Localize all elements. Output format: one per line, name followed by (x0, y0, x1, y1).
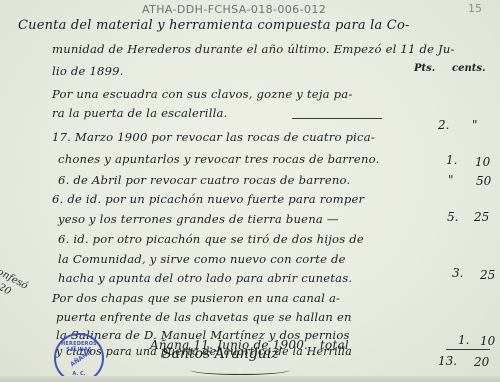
entry-line-3: 17. Marzo 1900 por revocar las rocas de … (52, 130, 375, 144)
amount-2-centimos: 10 (475, 155, 490, 169)
amount-3-pesetas: " (448, 173, 454, 187)
entry-line-5: 6. de Abril por revocar cuatro rocas de … (58, 173, 350, 187)
amount-5-pesetas: 3. (452, 266, 463, 280)
total-label: total (320, 338, 349, 352)
signature: Santos Aranguiz (162, 346, 279, 362)
total-rule (446, 349, 490, 350)
amount-5-centimos: 25 (480, 268, 495, 282)
amount-1-centimos: " (472, 118, 478, 132)
amount-2-pesetas: 1. (446, 153, 457, 167)
amount-4-pesetas: 5. (447, 210, 458, 224)
entry-line-7: yeso y los terrones grandes de tierra bu… (58, 212, 339, 226)
heading-line-1: Cuenta del material y herramienta compue… (18, 18, 410, 33)
stamp-bottom-text: A. C. (56, 371, 102, 377)
archive-stamp: HEREDEROS SALINAS AÑANA A. C. (54, 333, 104, 382)
entry-line-11: Por dos chapas que se pusieron en una ca… (52, 291, 340, 305)
heading-line-3: lio de 1899. (52, 64, 124, 78)
amount-3-centimos: 50 (476, 174, 491, 188)
entry-line-9: la Comunidad, y sirve como nuevo con cor… (58, 252, 346, 266)
column-header-pesetas: Pts. (414, 63, 435, 74)
amount-6-centimos: 10 (480, 334, 495, 348)
folio-number: 15 (468, 2, 482, 15)
entry-line-4: chones y apuntarlos y revocar tres rocas… (58, 152, 379, 166)
total-centimos: 20 (474, 355, 489, 369)
document-page: ATHA-DDH-FCHSA-018-006-012 15 Cuenta del… (0, 0, 500, 382)
entry-line-10: hacha y apunta del otro lado para abrir … (58, 271, 352, 285)
entry-rule (292, 118, 382, 119)
column-header-centimos: cents. (452, 63, 485, 74)
signature-flourish (190, 365, 290, 375)
entry-line-8: 6. id. por otro picachón que se tiró de … (58, 232, 364, 246)
margin-note: Confesó 13,20 (0, 262, 56, 318)
total-pesetas: 13. (438, 354, 457, 368)
heading-line-2: munidad de Herederos durante el año últi… (52, 42, 455, 56)
entry-line-2: ra la puerta de la escalerilla. (52, 106, 228, 120)
amount-4-centimos: 25 (474, 210, 489, 224)
archive-reference-code: ATHA-DDH-FCHSA-018-006-012 (142, 3, 326, 16)
entry-line-12: puerta enfrente de las chavetas que se h… (56, 310, 352, 324)
amount-1-pesetas: 2. (438, 118, 449, 132)
entry-line-1: Por una escuadra con sus clavos, gozne y… (52, 87, 352, 101)
entry-line-6: 6. de id. por un picachón nuevo fuerte p… (52, 192, 364, 206)
amount-6-pesetas: 1. (458, 333, 469, 347)
